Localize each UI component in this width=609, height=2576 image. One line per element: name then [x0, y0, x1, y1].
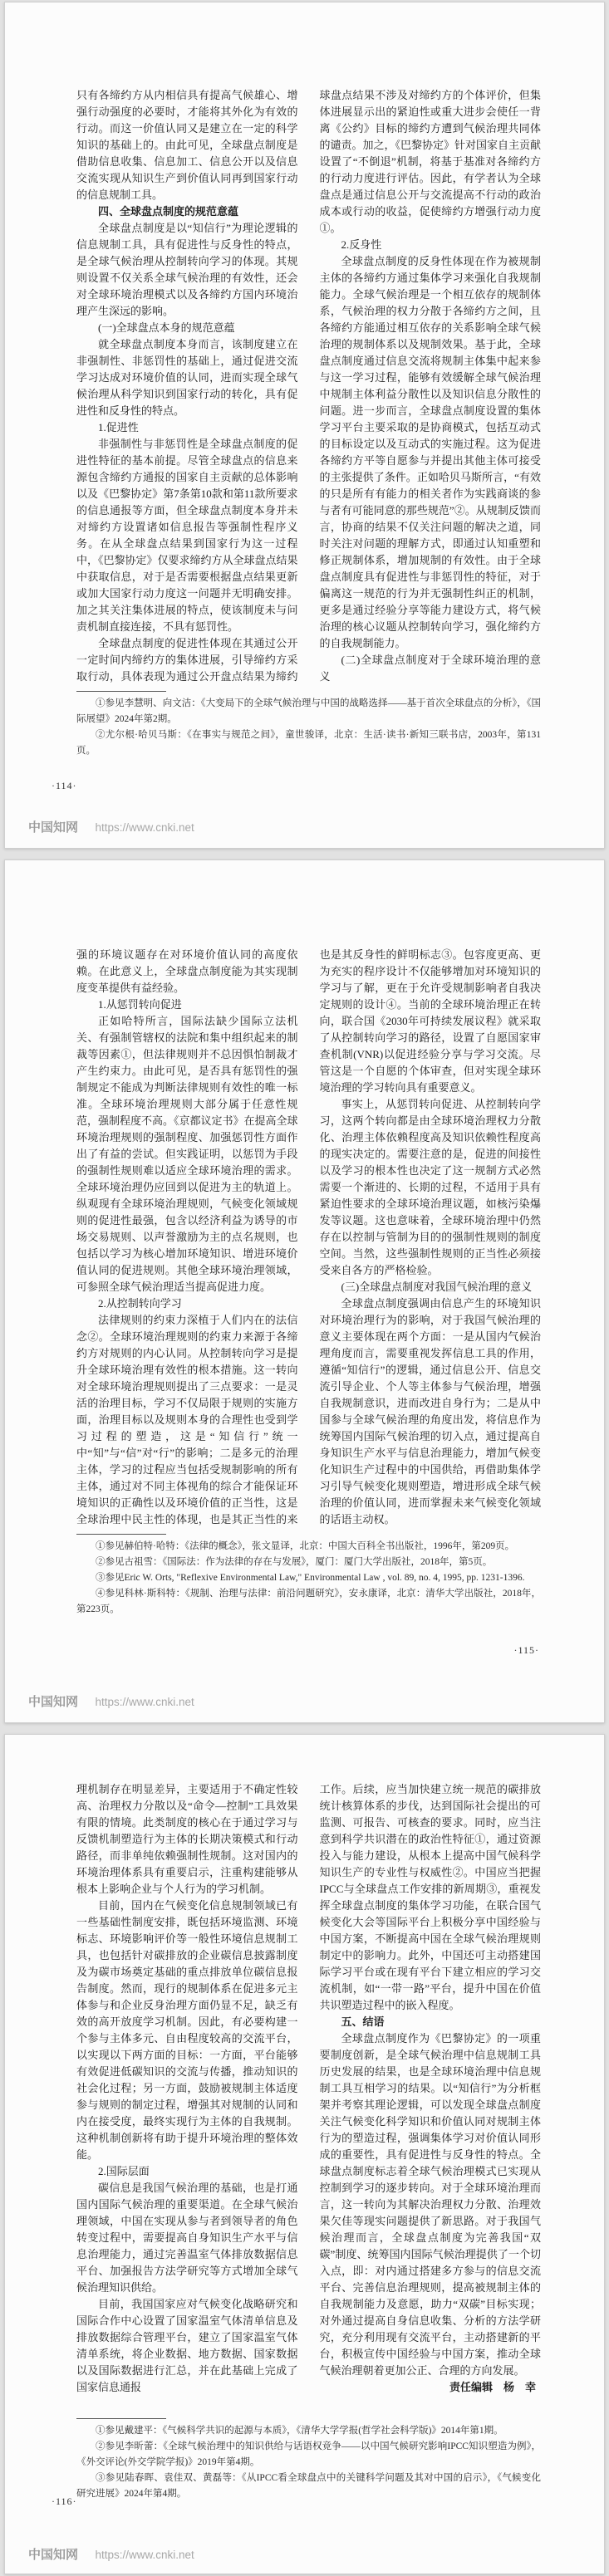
page-116: 理机制存在明显差异，主要适用于不确定性较高、治理权力分散以及“命令—控制”工具效… [4, 1734, 605, 2574]
paragraph-continuation: 球盘点结果不涉及对缔约方的个体评价，但集体进展显示出的紧迫性或重大进步会使任一背… [320, 87, 542, 237]
cnki-watermark: 中国知网 https://www.cnki.net [28, 1692, 194, 1710]
footnote: ①参见赫伯特·哈特：《法律的概念》，张文显译，北京：中国大百科全书出版社，199… [76, 1539, 541, 1555]
footnotes: ①参见赫伯特·哈特：《法律的概念》，张文显译，北京：中国大百科全书出版社，199… [5, 1534, 604, 1618]
page-body: 强的环境议题存在对环境价值认同的高度依赖。在此意义上，全球盘点制度能为其实现制度… [5, 860, 604, 1528]
section-heading: 五、结语 [320, 2014, 542, 2030]
cnki-logo: 中国知网 [28, 1695, 78, 1709]
footnote: ①参见李慧明、向文洁：《大变局下的全球气候治理与中国的战略选择——基于首次全球盘… [76, 696, 541, 727]
section-heading: 四、全球盘点制度的规范意蕴 [76, 203, 298, 220]
footnotes: ①参见戴建平：《气候科学共识的起源与本质》，《清华大学学报(哲学社会科学版)》2… [5, 2418, 604, 2502]
paragraph: 正如哈特所言，国际法缺少国际立法机关、有强制管辖权的法院和集中组织起来的制裁等因… [76, 1013, 298, 1295]
cnki-url: https://www.cnki.net [95, 2549, 194, 2561]
subsection-heading: (二)全球盘点制度对于全球环境治理的意义 [320, 652, 542, 685]
footnote-divider [76, 2418, 166, 2419]
text-column-left: 只有各缔约方从内相信具有提高气候雄心、增强行动强度的必要时，才能将其外化为有效的… [76, 87, 298, 685]
paragraph: 事实上，从惩罚转向促进、从控制转向学习，这两个转向都是由全球环境治理权力分散化、… [320, 1096, 542, 1279]
page-114: 只有各缔约方从内相信具有提高气候雄心、增强行动强度的必要时，才能将其外化为有效的… [4, 2, 605, 849]
paragraph: 就全球盘点制度本身而言，该制度建立在非强制性、非惩罚性的基础上，通过促进交流学习… [76, 336, 298, 419]
footnote: ①参见戴建平：《气候科学共识的起源与本质》，《清华大学学报(哲学社会科学版)》2… [76, 2423, 541, 2439]
page-number: ·116· [52, 2495, 77, 2508]
page-body: 只有各缔约方从内相信具有提高气候雄心、增强行动强度的必要时，才能将其外化为有效的… [5, 2, 604, 685]
subsection-heading: (一)全球盘点本身的规范意蕴 [76, 320, 298, 336]
text-column-left: 强的环境议题存在对环境价值认同的高度依赖。在此意义上，全球盘点制度能为其实现制度… [76, 947, 298, 1528]
footnote-divider [76, 691, 166, 692]
text-column-right: 工作。后续，应当加快建立统一规范的碳排放统计核算体系的步伐，达到国际社会提出的可… [320, 1781, 542, 2412]
paragraph: 全球盘点制度的反身性体现在作为被规制主体的各缔约方通过集体学习来强化自我规制能力… [320, 253, 542, 652]
text-column-left: 理机制存在明显差异，主要适用于不确定性较高、治理权力分散以及“命令—控制”工具效… [76, 1781, 298, 2412]
paragraph-continuation: 理机制存在明显差异，主要适用于不确定性较高、治理权力分散以及“命令—控制”工具效… [76, 1781, 298, 1898]
text-column-right: 球盘点结果不涉及对缔约方的个体评价，但集体进展显示出的紧迫性或重大进步会使任一背… [320, 87, 542, 685]
footnote: ②参见李昕蕾：《全球气候治理中的知识供给与话语权竞争——以中国气候研究影响IPC… [76, 2439, 541, 2471]
paragraph: 法律规则的约束力深植于人们内在的法信念②。全球环境治理规则的约束力来源于各缔约方… [76, 1312, 298, 1528]
footnote: ④参见科林·斯科特：《规制、治理与法律：前沿问题研究》，安永康译，北京：清华大学… [76, 1586, 541, 1618]
paragraph: 全球盘点制度强调由信息产生的环境知识对环境治理行为的影响，对于我国气候治理的意义… [320, 1295, 542, 1528]
sub-subsection-heading: 1.从惩罚转向促进 [76, 997, 298, 1013]
footnote: ③参见陆春晖、袁佳双、黄磊等：《从IPCC看全球盘点中的关键科学问题及其对中国的… [76, 2471, 541, 2502]
paragraph-continuation: 也是其反身性的鲜明标志③。包容度更高、更为充实的程序设计不仅能够增加对环境知识的… [320, 947, 542, 1096]
subsection-heading: (三)全球盘点制度对我国气候治理的意义 [320, 1279, 542, 1295]
cnki-url: https://www.cnki.net [95, 1696, 194, 1708]
paragraph: 目前，我国国家应对气候变化战略研究和国际合作中心设置了国家温室气体清单信息及排放… [76, 2296, 298, 2396]
cnki-logo: 中国知网 [28, 820, 78, 835]
paragraph: 非强制性与非惩罚性是全球盘点制度的促进性特征的基本前提。尽管全球盘点的信息来源包… [76, 436, 298, 635]
cnki-url: https://www.cnki.net [95, 821, 194, 834]
paragraph: 全球盘点制度的促进性体现在其通过公开一定时间内缔约方的集体进展，引导缔约方采取行… [76, 635, 298, 685]
sub-subsection-heading: 2.国际层面 [76, 2163, 298, 2180]
paragraph: 碳信息是我国气候治理的基础，也是打通国内国际气候治理的重要渠道。在全球气候治理领… [76, 2180, 298, 2296]
sub-subsection-heading: 2.从控制转向学习 [76, 1295, 298, 1312]
paragraph-continuation: 只有各缔约方从内相信具有提高气候雄心、增强行动强度的必要时，才能将其外化为有效的… [76, 87, 298, 203]
paragraph-continuation: 强的环境议题存在对环境价值认同的高度依赖。在此意义上，全球盘点制度能为其实现制度… [76, 947, 298, 997]
page-115: 强的环境议题存在对环境价值认同的高度依赖。在此意义上，全球盘点制度能为其实现制度… [4, 859, 605, 1723]
footnote: ③参见Eric W. Orts, "Reflexive Environmenta… [76, 1570, 541, 1586]
footnote: ②尤尔根·哈贝马斯：《在事实与规范之间》，童世骏译，北京：生活·读书·新知三联书… [76, 727, 541, 759]
paragraph-continuation: 工作。后续，应当加快建立统一规范的碳排放统计核算体系的步伐，达到国际社会提出的可… [320, 1781, 542, 2014]
page-number: ·114· [52, 780, 77, 792]
editor-credit: 责任编辑 杨 幸 [320, 2379, 542, 2396]
footnotes: ①参见李慧明、向文洁：《大变局下的全球气候治理与中国的战略选择——基于首次全球盘… [5, 691, 604, 759]
text-column-right: 也是其反身性的鲜明标志③。包容度更高、更为充实的程序设计不仅能够增加对环境知识的… [320, 947, 542, 1528]
cnki-logo: 中国知网 [28, 2548, 78, 2562]
footnote: ②参见古祖雪：《国际法：作为法律的存在与发展》，厦门：厦门大学出版社，2018年… [76, 1555, 541, 1570]
page-body: 理机制存在明显差异，主要适用于不确定性较高、治理权力分散以及“命令—控制”工具效… [5, 1735, 604, 2412]
page-number: ·115· [513, 1644, 539, 1657]
sub-subsection-heading: 1.促进性 [76, 419, 298, 436]
footnote-divider [76, 1534, 166, 1535]
cnki-watermark: 中国知网 https://www.cnki.net [28, 2545, 194, 2563]
paragraph: 全球盘点制度作为《巴黎协定》的一项重要制度创新，是全球气候治理中信息规制工具历史… [320, 2030, 542, 2379]
sub-subsection-heading: 2.反身性 [320, 237, 542, 253]
paragraph: 目前，国内在气候变化信息规制领域已有一些基础性制度安排，既包括环境监测、环境标志… [76, 1898, 298, 2163]
cnki-watermark: 中国知网 https://www.cnki.net [28, 818, 194, 835]
paragraph: 全球盘点制度是以“知信行”为理论逻辑的信息规制工具，具有促进性与反身性的特点，是… [76, 220, 298, 320]
